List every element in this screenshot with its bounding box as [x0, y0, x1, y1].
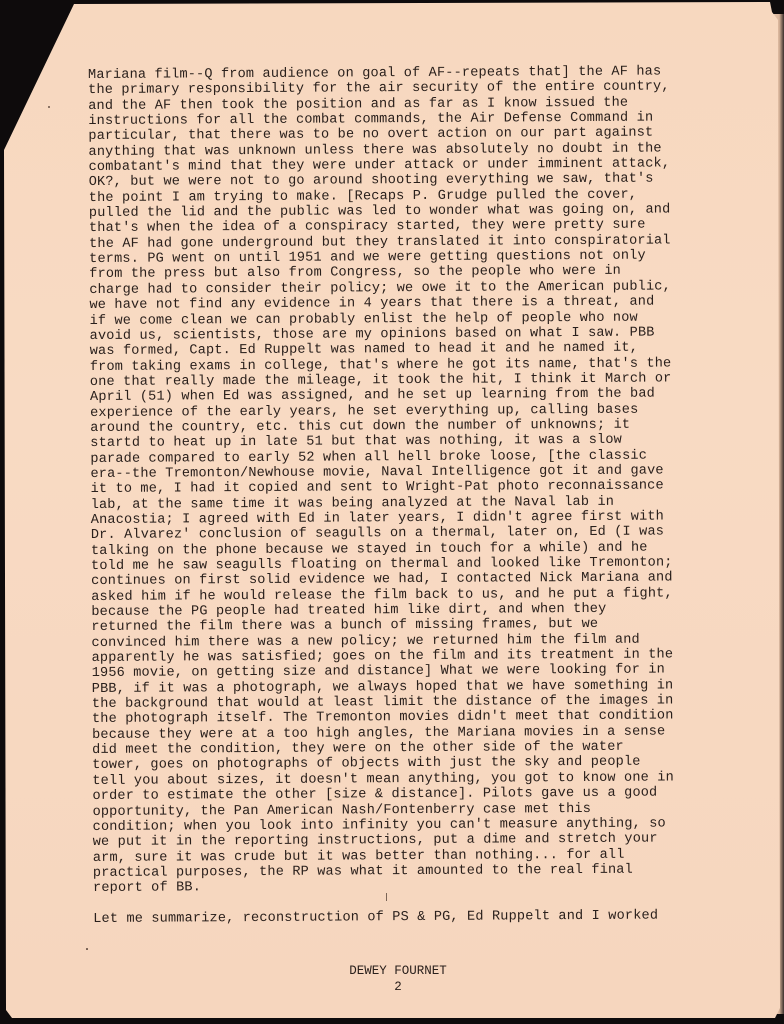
paragraph-2: Let me summarize, reconstruction of PS &…: [93, 907, 773, 926]
scanned-page-scene: Mariana film--Q from audience on goal of…: [0, 0, 784, 1024]
paper-speck: [48, 106, 50, 108]
body-text: Mariana film--Q from audience on goal of…: [88, 64, 773, 927]
document-page: Mariana film--Q from audience on goal of…: [0, 0, 784, 1024]
paragraph-1: Mariana film--Q from audience on goal of…: [88, 64, 773, 897]
page-number: 2: [6, 980, 784, 994]
text-line: Let me summarize, reconstruction of PS &…: [93, 907, 773, 926]
paper-speck: [86, 948, 88, 950]
footer-author-name: DEWEY FOURNET: [6, 964, 784, 978]
